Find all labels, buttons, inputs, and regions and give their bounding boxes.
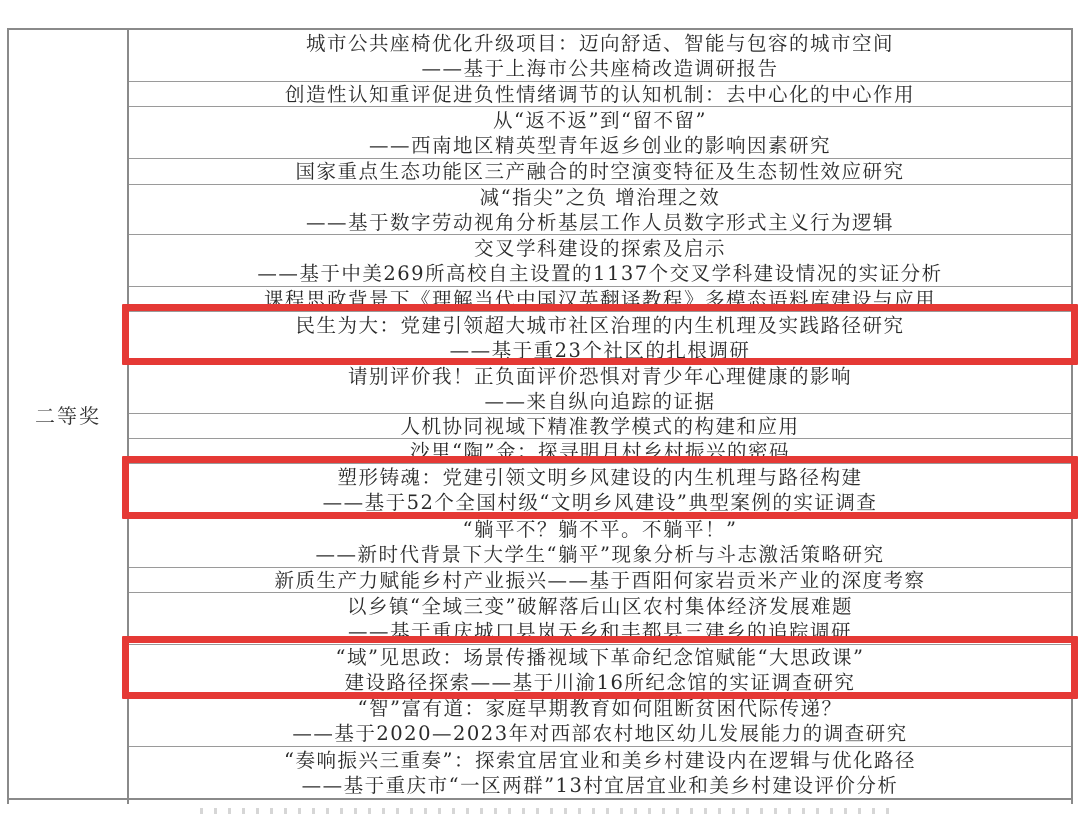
project-subtitle: ——基于重庆市“一区两群”13村宜居宜业和美乡村建设评价分析 [302,773,899,798]
red-highlight-box [122,456,1078,519]
project-subtitle: ——基于中美269所高校自主设置的1137个交叉学科建设情况的实证分析 [257,261,942,286]
table-row: 人机协同视域下精准教学模式的构建和应用 [129,414,1071,439]
project-subtitle: ——基于上海市公共座椅改造调研报告 [421,56,778,81]
table-bottom-rule [7,798,1073,800]
table-row: 请别评价我！正负面评价恐惧对青少年心理健康的影响——来自纵向追踪的证据 [129,364,1071,414]
project-title: 新质生产力赋能乡村产业振兴——基于酉阳何家岩贡米产业的深度考察 [274,568,925,593]
table-row: 交叉学科建设的探索及启示——基于中美269所高校自主设置的1137个交叉学科建设… [129,235,1071,287]
project-title: 从“返不返”到“留不留” [493,108,707,133]
project-title: 人机协同视域下精准教学模式的构建和应用 [400,414,799,439]
project-title: 请别评价我！正负面评价恐惧对青少年心理健康的影响 [348,364,852,389]
table-row: 从“返不返”到“留不留”——西南地区精英型青年返乡创业的影响因素研究 [129,107,1071,159]
table-row: 城市公共座椅优化升级项目：迈向舒适、智能与包容的城市空间——基于上海市公共座椅改… [129,30,1071,82]
project-title: “智”富有道：家庭早期教育如何阻断贫困代际传递？ [358,696,843,721]
project-title: “躺平不？躺不平。不躺平！” [463,517,738,542]
project-subtitle: ——新时代背景下大学生“躺平”现象分析与斗志激活策略研究 [316,542,885,567]
award-level-label: 二等奖 [9,400,127,429]
project-subtitle: ——来自纵向追踪的证据 [484,389,715,414]
project-title: 城市公共座椅优化升级项目：迈向舒适、智能与包容的城市空间 [306,31,894,56]
red-highlight-box [122,636,1078,699]
project-subtitle: ——基于数字劳动视角分析基层工作人员数字形式主义行为逻辑 [306,210,894,235]
project-title: 以乡镇“全域三变”破解落后山区农村集体经济发展难题 [347,594,853,619]
table-row: 新质生产力赋能乡村产业振兴——基于酉阳何家岩贡米产业的深度考察 [129,568,1071,593]
table-row: 国家重点生态功能区三产融合的时空演变特征及生态韧性效应研究 [129,159,1071,185]
project-subtitle: ——基于2020—2023年对西部农村地区幼儿发展能力的调查研究 [292,721,907,746]
table-row: “奏响振兴三重奏”：探索宜居宜业和美乡村建设内在逻辑与优化路径——基于重庆市“一… [129,747,1071,799]
award-level-column: 二等奖 [9,30,129,804]
project-title: “奏响振兴三重奏”：探索宜居宜业和美乡村建设内在逻辑与优化路径 [284,748,916,773]
project-title: 国家重点生态功能区三产融合的时空演变特征及生态韧性效应研究 [295,159,904,184]
table-row: 创造性认知重评促进负性情绪调节的认知机制：去中心化的中心作用 [129,82,1071,107]
project-title: 创造性认知重评促进负性情绪调节的认知机制：去中心化的中心作用 [285,82,915,107]
project-title: 交叉学科建设的探索及启示 [474,236,726,261]
cut-off-next-row [200,808,900,814]
project-subtitle: ——西南地区精英型青年返乡创业的影响因素研究 [369,133,831,158]
table-row: 减“指尖”之负 增治理之效——基于数字劳动视角分析基层工作人员数字形式主义行为逻… [129,185,1071,235]
table-row: “智”富有道：家庭早期教育如何阻断贫困代际传递？——基于2020—2023年对西… [129,696,1071,747]
red-highlight-box [122,304,1078,365]
project-title: 减“指尖”之负 增治理之效 [480,185,721,210]
table-row: “躺平不？躺不平。不躺平！”——新时代背景下大学生“躺平”现象分析与斗志激活策略… [129,516,1071,568]
